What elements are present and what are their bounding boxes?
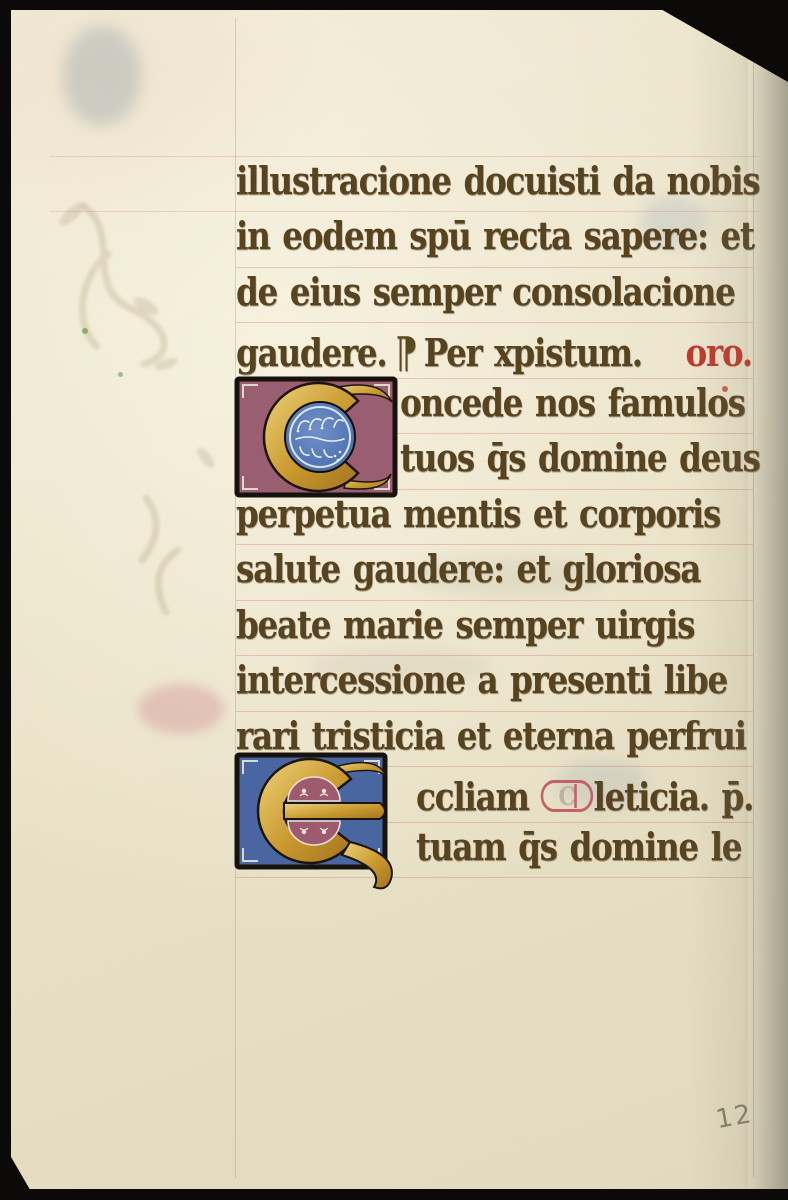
- paraph-mark: ⁋: [395, 328, 417, 377]
- text-line: illustracione docuisti da nobis: [236, 158, 759, 214]
- text-line: rari tristicia et eterna perfrui: [236, 713, 746, 769]
- text-segment: Per xpistum.: [424, 330, 642, 375]
- text-line: beate marie semper uirgis: [236, 602, 694, 658]
- text-line: gaudere. ⁋ Per xpistum. oro.: [236, 324, 752, 380]
- vellum-page: illustracione docuisti da nobis in eodem…: [8, 8, 788, 1190]
- illuminated-initial-C: [234, 376, 398, 498]
- photo-edge-left: [0, 0, 11, 1200]
- line-filler: C: [541, 780, 594, 812]
- text-segment: gaudere.: [236, 330, 387, 375]
- pink-offset-mark: [138, 684, 224, 734]
- text-line: perpetua mentis et corporis: [236, 491, 720, 547]
- green-speck: [118, 372, 123, 377]
- photo-edge-bottom: [0, 1189, 788, 1200]
- text-segment: ccliam: [416, 774, 529, 819]
- text-line: in eodem spū recta sapere: et: [236, 213, 754, 269]
- manuscript-photo: illustracione docuisti da nobis in eodem…: [0, 0, 788, 1200]
- page-curve-shading: [688, 8, 748, 1190]
- text-line: intercessione a presenti libe: [236, 657, 727, 713]
- blue-stain: [63, 26, 141, 126]
- text-line: de eius semper consolacione: [236, 269, 735, 325]
- foliage-showthrough: [26, 158, 246, 678]
- green-speck: [82, 328, 88, 334]
- page-edge-shadow: [742, 8, 788, 1190]
- ruling-line: [50, 156, 758, 157]
- illuminated-initial-E: [234, 752, 420, 894]
- text-line: salute gaudere: et gloriosa: [236, 546, 700, 602]
